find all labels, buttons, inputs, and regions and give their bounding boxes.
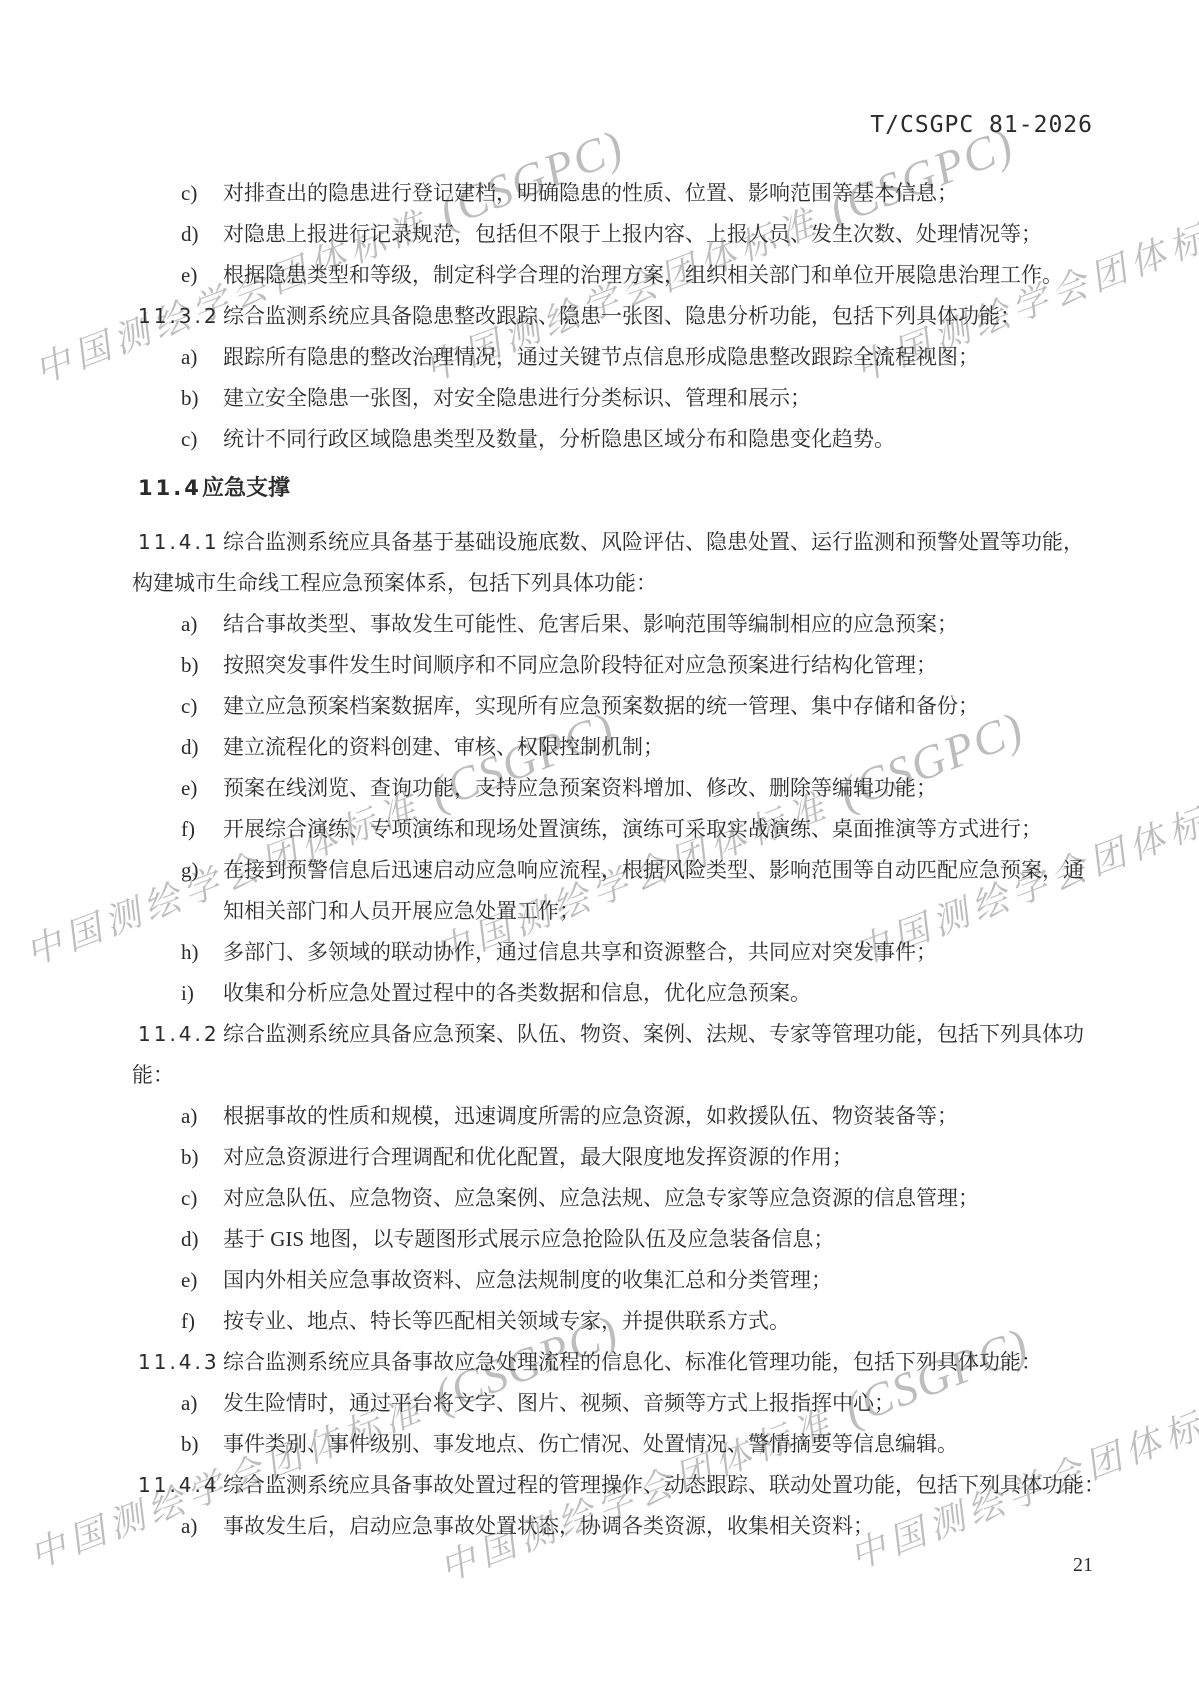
item-label: a): [181, 1096, 223, 1137]
item-label: c): [181, 1178, 223, 1219]
list-item: f)按专业、地点、特长等匹配相关领域专家，并提供联系方式。: [130, 1301, 1081, 1342]
clause-number: 11.4.4: [138, 1465, 220, 1506]
continuation-line: 构建城市生命线工程应急预案体系，包括下列具体功能：: [130, 563, 1081, 604]
line-text: 根据隐患类型和等级，制定科学合理的治理方案，组织相关部门和单位开展隐患治理工作。: [223, 263, 1063, 287]
line-text: 综合监测系统应具备事故处置过程的管理操作、动态跟踪、联动处置功能，包括下列具体功…: [223, 1473, 1105, 1497]
item-label: c): [181, 173, 223, 214]
document-body: c)对排查出的隐患进行登记建档，明确隐患的性质、位置、影响范围等基本信息；d)对…: [0, 0, 1199, 1547]
item-label: d): [181, 214, 223, 255]
list-item: d)对隐患上报进行记录规范，包括但不限于上报内容、上报人员、发生次数、处理情况等…: [130, 214, 1081, 255]
item-label: b): [181, 1137, 223, 1178]
list-item: a)跟踪所有隐患的整改治理情况，通过关键节点信息形成隐患整改跟踪全流程视图；: [130, 337, 1081, 378]
list-item: b)建立安全隐患一张图，对安全隐患进行分类标识、管理和展示；: [130, 378, 1081, 419]
clause-number: 11.4.1: [138, 522, 220, 563]
line-text: 应急支撑: [202, 476, 290, 501]
line-text: 事件类别、事件级别、事发地点、伤亡情况、处置情况、警情摘要等信息编辑。: [223, 1432, 958, 1456]
line-text: 建立应急预案档案数据库，实现所有应急预案数据的统一管理、集中存储和备份；: [223, 694, 979, 718]
line-text: 结合事故类型、事故发生可能性、危害后果、影响范围等编制相应的应急预案；: [223, 612, 958, 636]
line-text: 跟踪所有隐患的整改治理情况，通过关键节点信息形成隐患整改跟踪全流程视图；: [223, 345, 979, 369]
clause-line: 11.4.2综合监测系统应具备应急预案、队伍、物资、案例、法规、专家等管理功能，…: [130, 1014, 1081, 1055]
list-item: e)国内外相关应急事故资料、应急法规制度的收集汇总和分类管理；: [130, 1260, 1081, 1301]
list-item: c)统计不同行政区域隐患类型及数量，分析隐患区域分布和隐患变化趋势。: [130, 419, 1081, 460]
clause-number: 11.4: [138, 468, 202, 509]
list-item: b)对应急资源进行合理调配和优化配置，最大限度地发挥资源的作用；: [130, 1137, 1081, 1178]
item-label: i): [181, 973, 223, 1014]
item-label: f): [181, 809, 223, 850]
line-text: 综合监测系统应具备隐患整改跟踪、隐患一张图、隐患分析功能，包括下列具体功能：: [223, 304, 1021, 328]
list-item: i)收集和分析应急处置过程中的各类数据和信息，优化应急预案。: [130, 973, 1081, 1014]
list-item: f)开展综合演练、专项演练和现场处置演练，演练可采取实战演练、桌面推演等方式进行…: [130, 809, 1081, 850]
item-label: d): [181, 727, 223, 768]
line-text: 收集和分析应急处置过程中的各类数据和信息，优化应急预案。: [223, 981, 811, 1005]
line-text: 事故发生后，启动应急事故处置状态，协调各类资源，收集相关资料；: [223, 1514, 874, 1538]
item-label: e): [181, 255, 223, 296]
item-label: g): [181, 850, 223, 891]
item-label: d): [181, 1219, 223, 1260]
line-text: 在接到预警信息后迅速启动应急响应流程，根据风险类型、影响范围等自动匹配应急预案，…: [223, 858, 1084, 882]
item-label: e): [181, 1260, 223, 1301]
line-text: 基于 GIS 地图，以专题图形式展示应急抢险队伍及应急装备信息；: [223, 1227, 834, 1251]
line-text: 综合监测系统应具备应急预案、队伍、物资、案例、法规、专家等管理功能，包括下列具体…: [223, 1022, 1084, 1046]
item-label: a): [181, 1506, 223, 1547]
line-text: 对排查出的隐患进行登记建档，明确隐患的性质、位置、影响范围等基本信息；: [223, 181, 958, 205]
line-text: 多部门、多领域的联动协作，通过信息共享和资源整合，共同应对突发事件；: [223, 940, 937, 964]
list-item: c)对应急队伍、应急物资、应急案例、应急法规、应急专家等应急资源的信息管理；: [130, 1178, 1081, 1219]
document-page: 中国测绘学会团体标准 (CSGPC)中国测绘学会团体标准 (CSGPC)中国测绘…: [0, 0, 1199, 1696]
list-item: e)预案在线浏览、查询功能，支持应急预案资料增加、修改、删除等编辑功能；: [130, 768, 1081, 809]
list-item: d)基于 GIS 地图，以专题图形式展示应急抢险队伍及应急装备信息；: [130, 1219, 1081, 1260]
item-label: a): [181, 1383, 223, 1424]
line-text: 国内外相关应急事故资料、应急法规制度的收集汇总和分类管理；: [223, 1268, 832, 1292]
line-text: 能：: [132, 1063, 174, 1087]
line-text: 开展综合演练、专项演练和现场处置演练，演练可采取实战演练、桌面推演等方式进行；: [223, 817, 1042, 841]
item-label: b): [181, 1424, 223, 1465]
line-text: 统计不同行政区域隐患类型及数量，分析隐患区域分布和隐患变化趋势。: [223, 427, 895, 451]
list-item: e)根据隐患类型和等级，制定科学合理的治理方案，组织相关部门和单位开展隐患治理工…: [130, 255, 1081, 296]
item-label: h): [181, 932, 223, 973]
list-item: a)根据事故的性质和规模，迅速调度所需的应急资源，如救援队伍、物资装备等；: [130, 1096, 1081, 1137]
line-text: 按专业、地点、特长等匹配相关领域专家，并提供联系方式。: [223, 1309, 790, 1333]
list-item: c)对排查出的隐患进行登记建档，明确隐患的性质、位置、影响范围等基本信息；: [130, 173, 1081, 214]
list-item: d)建立流程化的资料创建、审核、权限控制机制；: [130, 727, 1081, 768]
item-label: a): [181, 604, 223, 645]
list-item: a)事故发生后，启动应急事故处置状态，协调各类资源，收集相关资料；: [130, 1506, 1081, 1547]
line-text: 知相关部门和人员开展应急处置工作；: [223, 899, 580, 923]
list-item: c)建立应急预案档案数据库，实现所有应急预案数据的统一管理、集中存储和备份；: [130, 686, 1081, 727]
continuation-line: 知相关部门和人员开展应急处置工作；: [130, 891, 1081, 932]
page-number: 21: [1073, 1554, 1093, 1577]
item-label: e): [181, 768, 223, 809]
line-text: 构建城市生命线工程应急预案体系，包括下列具体功能：: [132, 571, 657, 595]
line-text: 根据事故的性质和规模，迅速调度所需的应急资源，如救援队伍、物资装备等；: [223, 1104, 958, 1128]
clause-line: 11.4.1综合监测系统应具备基于基础设施底数、风险评估、隐患处置、运行监测和预…: [130, 522, 1081, 563]
list-item: a)发生险情时，通过平台将文字、图片、视频、音频等方式上报指挥中心；: [130, 1383, 1081, 1424]
list-item: a)结合事故类型、事故发生可能性、危害后果、影响范围等编制相应的应急预案；: [130, 604, 1081, 645]
item-label: b): [181, 645, 223, 686]
line-text: 建立安全隐患一张图，对安全隐患进行分类标识、管理和展示；: [223, 386, 811, 410]
item-label: c): [181, 419, 223, 460]
line-text: 建立流程化的资料创建、审核、权限控制机制；: [223, 735, 664, 759]
clause-number: 11.4.2: [138, 1014, 220, 1055]
clause-line: 11.3.2综合监测系统应具备隐患整改跟踪、隐患一张图、隐患分析功能，包括下列具…: [130, 296, 1081, 337]
item-label: b): [181, 378, 223, 419]
line-text: 对应急队伍、应急物资、应急案例、应急法规、应急专家等应急资源的信息管理；: [223, 1186, 979, 1210]
clause-line: 11.4.4综合监测系统应具备事故处置过程的管理操作、动态跟踪、联动处置功能，包…: [130, 1465, 1081, 1506]
line-text: 按照突发事件发生时间顺序和不同应急阶段特征对应急预案进行结构化管理；: [223, 653, 937, 677]
clause-line: 11.4.3综合监测系统应具备事故应急处理流程的信息化、标准化管理功能，包括下列…: [130, 1342, 1081, 1383]
line-text: 综合监测系统应具备基于基础设施底数、风险评估、隐患处置、运行监测和预警处置等功能…: [223, 530, 1084, 554]
clause-number: 11.4.3: [138, 1342, 220, 1383]
line-text: 对应急资源进行合理调配和优化配置，最大限度地发挥资源的作用；: [223, 1145, 853, 1169]
line-text: 发生险情时，通过平台将文字、图片、视频、音频等方式上报指挥中心；: [223, 1391, 895, 1415]
section-heading: 11.4应急支撑: [130, 468, 1081, 509]
line-text: 预案在线浏览、查询功能，支持应急预案资料增加、修改、删除等编辑功能；: [223, 776, 937, 800]
list-item: h)多部门、多领域的联动协作，通过信息共享和资源整合，共同应对突发事件；: [130, 932, 1081, 973]
clause-number: 11.3.2: [138, 296, 220, 337]
item-label: c): [181, 686, 223, 727]
continuation-line: 能：: [130, 1055, 1081, 1096]
line-text: 对隐患上报进行记录规范，包括但不限于上报内容、上报人员、发生次数、处理情况等；: [223, 222, 1042, 246]
item-label: f): [181, 1301, 223, 1342]
list-item: g)在接到预警信息后迅速启动应急响应流程，根据风险类型、影响范围等自动匹配应急预…: [130, 850, 1081, 891]
list-item: b)事件类别、事件级别、事发地点、伤亡情况、处置情况、警情摘要等信息编辑。: [130, 1424, 1081, 1465]
line-text: 综合监测系统应具备事故应急处理流程的信息化、标准化管理功能，包括下列具体功能：: [223, 1350, 1042, 1374]
item-label: a): [181, 337, 223, 378]
list-item: b)按照突发事件发生时间顺序和不同应急阶段特征对应急预案进行结构化管理；: [130, 645, 1081, 686]
